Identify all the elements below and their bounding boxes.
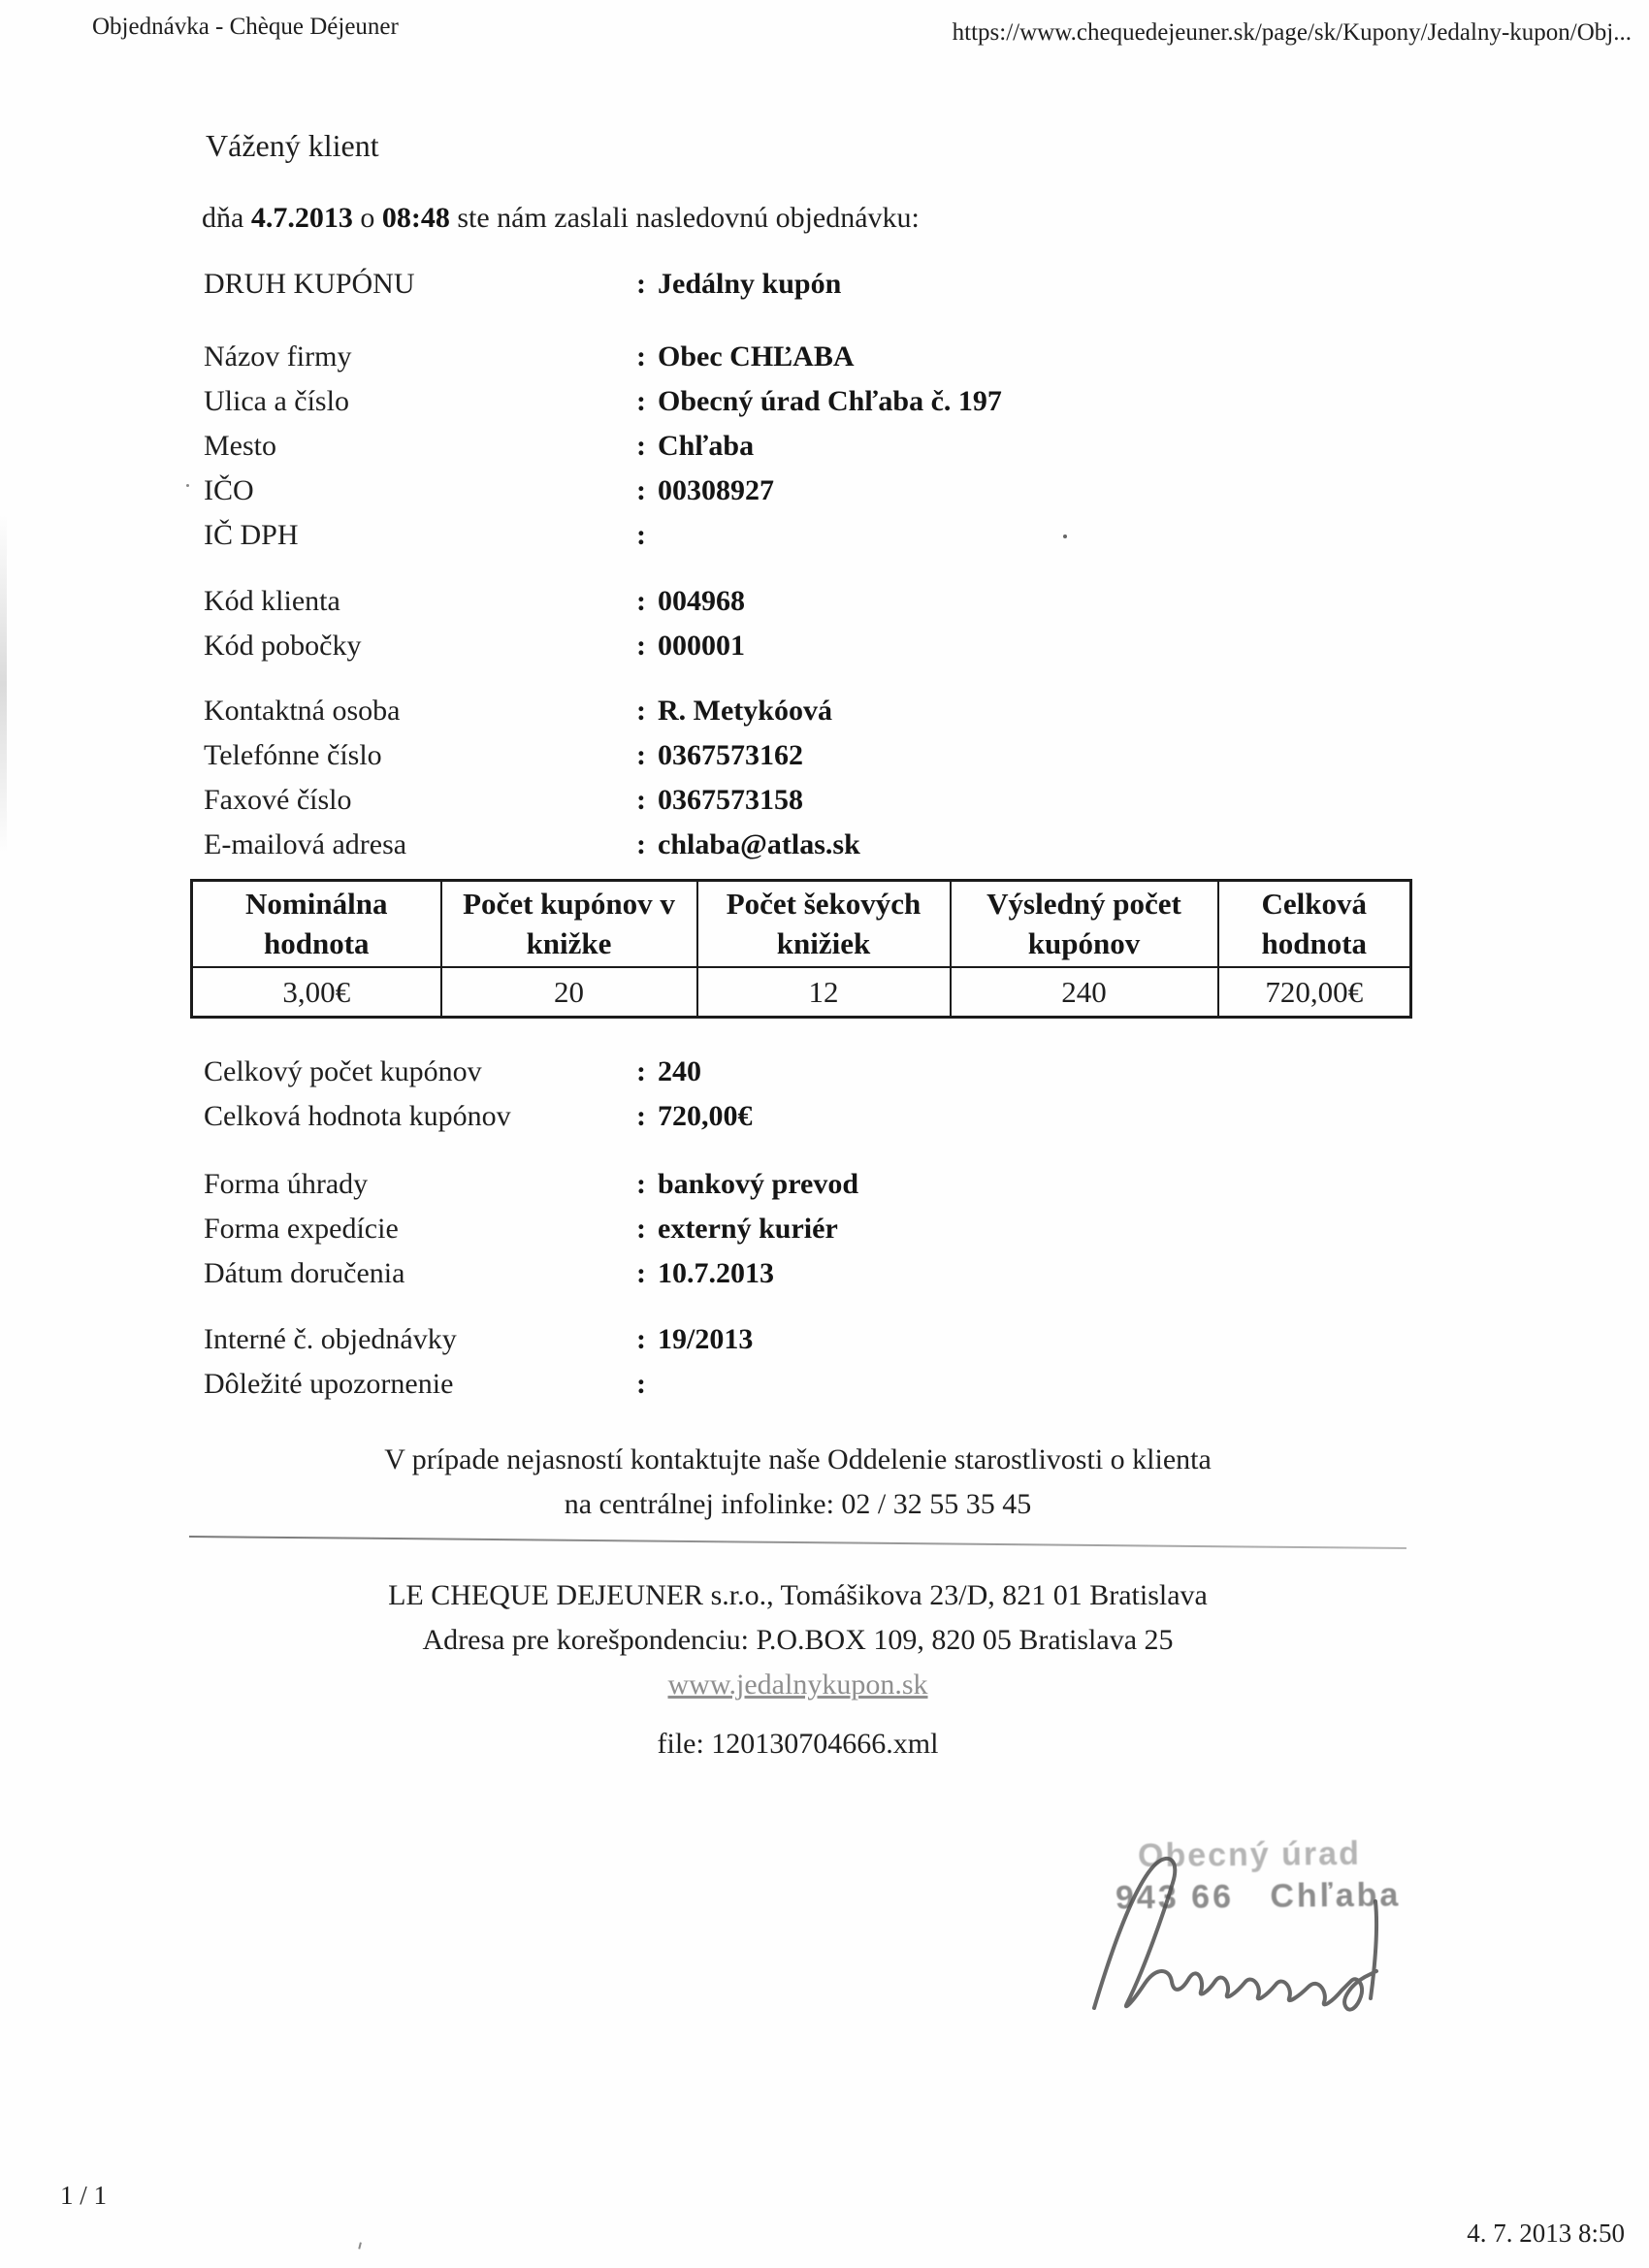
field-label: DRUH KUPÓNU (204, 262, 636, 307)
field-group-internal: Interné č. objednávky :19/2013 Dôležité … (204, 1317, 1271, 1407)
order-date: 4.7.2013 (251, 202, 353, 234)
support-note-line2: na centrálnej infolinke: 02 / 32 55 35 4… (0, 1482, 1596, 1527)
field-value: :chlaba@atlas.sk (636, 823, 860, 867)
phone-value: 0367573162 (658, 739, 803, 771)
intro-suffix: ste nám zaslali nasledovnú objednávku: (450, 202, 920, 234)
field-label: Kód klienta (204, 579, 636, 624)
field-value: :240 (636, 1050, 701, 1094)
field-label: IČ DPH (204, 513, 636, 558)
colon: : (636, 1100, 646, 1132)
intro-line: dňa 4.7.2013 o 08:48 ste nám zaslali nas… (202, 202, 920, 235)
field-row: Dôležité upozornenie : (204, 1362, 1271, 1407)
field-row: Ulica a číslo :Obecný úrad Chľaba č. 197 (204, 379, 1271, 424)
print-header-title: Objednávka - Chèque Déjeuner (92, 14, 399, 41)
field-value: :Chľaba (636, 424, 754, 469)
order-summary-table: Nominálna hodnota Počet kupónov v knižke… (190, 879, 1412, 1019)
contact-person-value: R. Metykóová (658, 695, 832, 727)
field-row: Celková hodnota kupónov :720,00€ (204, 1094, 1271, 1139)
colon: : (636, 385, 646, 417)
internal-order-number-value: 19/2013 (658, 1323, 753, 1355)
col-header-total-value: Celková hodnota (1218, 881, 1411, 968)
field-label: Mesto (204, 424, 636, 469)
fax-value: 0367573158 (658, 784, 803, 816)
field-label: Názov firmy (204, 335, 636, 379)
field-label: Celková hodnota kupónov (204, 1094, 636, 1139)
field-value: :bankový prevod (636, 1162, 858, 1207)
field-row: Faxové číslo :0367573158 (204, 778, 1271, 823)
field-label: Dôležité upozornenie (204, 1362, 636, 1407)
support-note-line1: V prípade nejasností kontaktujte naše Od… (0, 1438, 1596, 1482)
colon: : (636, 828, 646, 860)
field-row: Forma expedície :externý kuriér (204, 1207, 1271, 1251)
field-row: Kontaktná osoba :R. Metykóová (204, 689, 1271, 733)
field-value: :720,00€ (636, 1094, 753, 1139)
field-label: Forma expedície (204, 1207, 636, 1251)
file-reference: file: 120130704666.xml (0, 1722, 1596, 1766)
field-value: :00308927 (636, 469, 774, 513)
cell-total-coupons: 240 (951, 967, 1218, 1018)
field-label: Forma úhrady (204, 1162, 636, 1207)
field-value: :10.7.2013 (636, 1251, 774, 1296)
table-header-row: Nominálna hodnota Počet kupónov v knižke… (192, 881, 1411, 968)
field-value: :externý kuriér (636, 1207, 838, 1251)
ico-value: 00308927 (658, 474, 774, 506)
scan-speck (358, 2242, 366, 2250)
field-label: E-mailová adresa (204, 823, 636, 867)
field-value: :0367573158 (636, 778, 803, 823)
col-header-total-coupons: Výsledný počet kupónov (951, 881, 1218, 968)
colon: : (636, 1213, 646, 1245)
street-value: Obecný úrad Chľaba č. 197 (658, 385, 1002, 417)
branch-code-value: 000001 (658, 630, 745, 662)
company-info: LE CHEQUE DEJEUNER s.r.o., Tomášikova 23… (0, 1573, 1596, 1707)
field-group-coupon-type: DRUH KUPÓNU :Jedálny kupón (204, 262, 1271, 307)
intro-mid: o (353, 202, 382, 234)
order-time: 08:48 (382, 202, 450, 234)
page-number: 1 / 1 (60, 2181, 107, 2211)
colon: : (636, 784, 646, 816)
field-row: Telefónne číslo :0367573162 (204, 733, 1271, 778)
field-row: Mesto :Chľaba (204, 424, 1271, 469)
field-label: Ulica a číslo (204, 379, 636, 424)
field-row: IČO :00308927 (204, 469, 1271, 513)
greeting: Vážený klient (206, 128, 379, 164)
scanned-order-document: Objednávka - Chèque Déjeuner https://www… (0, 0, 1649, 2268)
col-header-book-count: Počet šekových knižiek (697, 881, 951, 968)
field-group-contact: Kontaktná osoba :R. Metykóová Telefónne … (204, 689, 1271, 867)
field-label: Dátum doručenia (204, 1251, 636, 1296)
field-value: : (636, 513, 658, 558)
field-row: Názov firmy :Obec CHĽABA (204, 335, 1271, 379)
colon: : (636, 1055, 646, 1087)
field-group-totals: Celkový počet kupónov :240 Celková hodno… (204, 1050, 1271, 1139)
field-value: :0367573162 (636, 733, 803, 778)
colon: : (636, 474, 646, 506)
field-value: :000001 (636, 624, 745, 668)
colon: : (636, 585, 646, 617)
field-value: :Obec CHĽABA (636, 335, 855, 379)
field-value: :R. Metykóová (636, 689, 832, 733)
field-group-codes: Kód klienta :004968 Kód pobočky :000001 (204, 579, 1271, 668)
horizontal-divider (189, 1536, 1406, 1549)
delivery-date-value: 10.7.2013 (658, 1257, 774, 1289)
scan-speck (1063, 535, 1067, 538)
field-label: Kontaktná osoba (204, 689, 636, 733)
email-value: chlaba@atlas.sk (658, 828, 860, 860)
col-header-coupons-per-book: Počet kupónov v knižke (441, 881, 697, 968)
colon: : (636, 630, 646, 662)
colon: : (636, 1323, 646, 1355)
field-row: DRUH KUPÓNU :Jedálny kupón (204, 262, 1271, 307)
field-row: E-mailová adresa :chlaba@atlas.sk (204, 823, 1271, 867)
colon: : (636, 1368, 646, 1400)
field-label: Kód pobočky (204, 624, 636, 668)
field-label: IČO (204, 469, 636, 513)
field-value: :19/2013 (636, 1317, 753, 1362)
colon: : (636, 1257, 646, 1289)
print-header-url: https://www.chequedejeuner.sk/page/sk/Ku… (953, 19, 1632, 47)
colon: : (636, 695, 646, 727)
city-value: Chľaba (658, 430, 754, 462)
website-link: www.jedalnykupon.sk (667, 1669, 927, 1701)
colon: : (636, 739, 646, 771)
field-row: Celkový počet kupónov :240 (204, 1050, 1271, 1094)
field-row: Forma úhrady :bankový prevod (204, 1162, 1271, 1207)
field-group-company: Názov firmy :Obec CHĽABA Ulica a číslo :… (204, 335, 1271, 558)
handwritten-signature (1075, 1848, 1414, 2023)
field-label: Celkový počet kupónov (204, 1050, 636, 1094)
scan-speck (186, 484, 189, 487)
field-row: Kód pobočky :000001 (204, 624, 1271, 668)
print-timestamp: 4. 7. 2013 8:50 (1467, 2219, 1625, 2249)
field-value: :004968 (636, 579, 745, 624)
colon: : (636, 268, 646, 300)
field-row: IČ DPH : (204, 513, 1271, 558)
scan-edge-artifact (0, 514, 7, 854)
colon: : (636, 430, 646, 462)
cell-coupons-per-book: 20 (441, 967, 697, 1018)
cell-nominal-value: 3,00€ (192, 967, 441, 1018)
support-note: V prípade nejasností kontaktujte naše Od… (0, 1438, 1596, 1527)
payment-method-value: bankový prevod (658, 1168, 858, 1200)
field-value: :Jedálny kupón (636, 262, 841, 307)
field-row: Dátum doručenia :10.7.2013 (204, 1251, 1271, 1296)
coupon-type-value: Jedálny kupón (658, 268, 841, 300)
shipping-method-value: externý kuriér (658, 1213, 838, 1245)
company-address-line2: Adresa pre korešpondenciu: P.O.BOX 109, … (0, 1618, 1596, 1663)
field-row: Interné č. objednávky :19/2013 (204, 1317, 1271, 1362)
colon: : (636, 340, 646, 373)
total-coupons-value: 240 (658, 1055, 701, 1087)
colon: : (636, 519, 646, 551)
field-label: Telefónne číslo (204, 733, 636, 778)
intro-prefix: dňa (202, 202, 251, 234)
field-label: Faxové číslo (204, 778, 636, 823)
field-group-payment: Forma úhrady :bankový prevod Forma exped… (204, 1162, 1271, 1296)
table-row: 3,00€ 20 12 240 720,00€ (192, 967, 1411, 1018)
field-value: :Obecný úrad Chľaba č. 197 (636, 379, 1002, 424)
cell-book-count: 12 (697, 967, 951, 1018)
client-code-value: 004968 (658, 585, 745, 617)
col-header-nominal-value: Nominálna hodnota (192, 881, 441, 968)
company-name-value: Obec CHĽABA (658, 340, 855, 373)
colon: : (636, 1168, 646, 1200)
company-address-line1: LE CHEQUE DEJEUNER s.r.o., Tomášikova 23… (0, 1573, 1596, 1618)
cell-total-value: 720,00€ (1218, 967, 1411, 1018)
field-row: Kód klienta :004968 (204, 579, 1271, 624)
field-value: : (636, 1362, 658, 1407)
field-label: Interné č. objednávky (204, 1317, 636, 1362)
total-value-value: 720,00€ (658, 1100, 753, 1132)
